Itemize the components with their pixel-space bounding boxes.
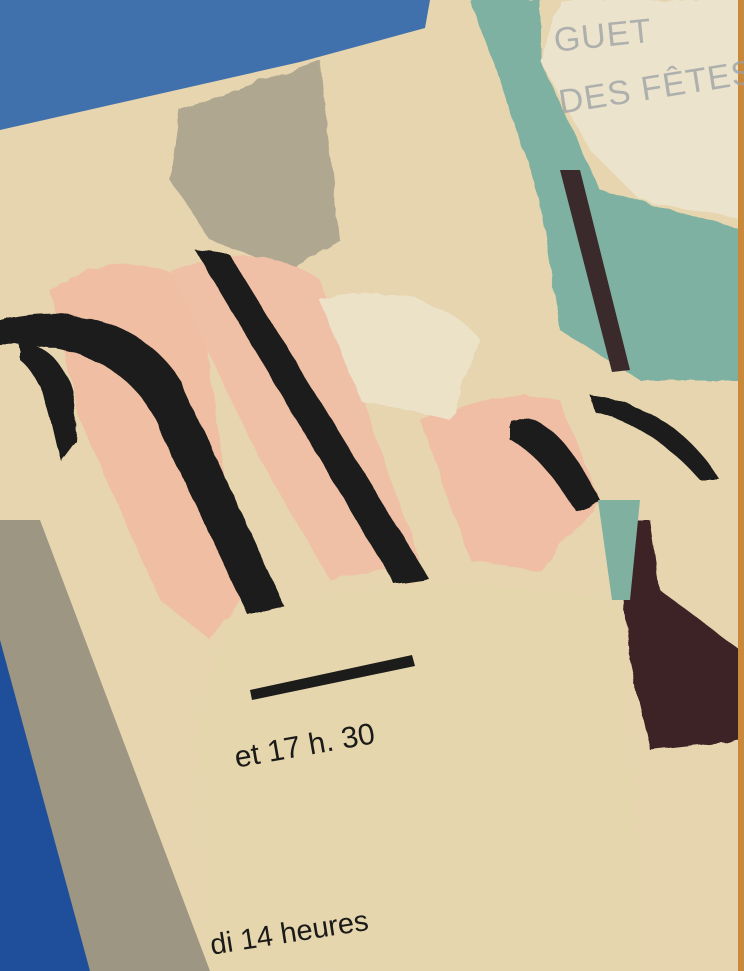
collage-shapes [0, 0, 744, 971]
collage-artwork: GUET DES FÊTES et 17 h. 30 di 14 heures [0, 0, 744, 971]
